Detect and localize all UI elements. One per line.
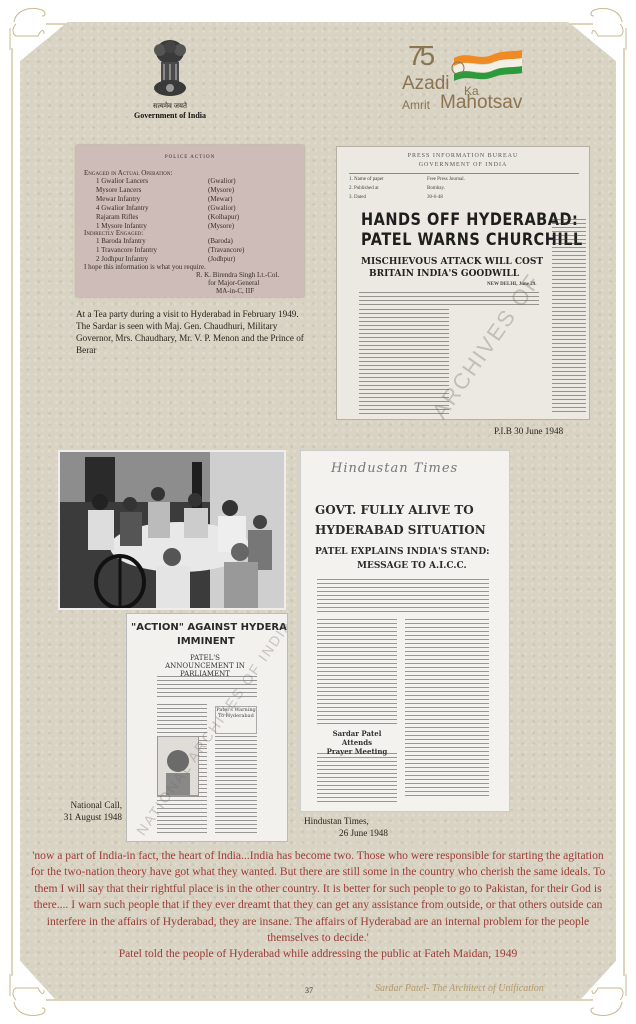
unit-state: (Kolhapur) [208, 213, 239, 221]
unit-state: (Mewar) [208, 195, 233, 203]
book-title: Sardar Patel- The Architect of Unificati… [375, 983, 544, 994]
unit-state: (Mysore) [208, 222, 234, 230]
quote-text: 'now a part of India-in fact, the heart … [28, 848, 608, 946]
pib-government: GOVERNMENT OF INDIA [337, 162, 589, 168]
azadi-ka-amrit-mahotsav-logo: 75 Azadi Ka Amrit Mahotsav [402, 40, 532, 115]
government-emblem: सत्यमेव जयते Government of India [130, 38, 210, 120]
unit-state: (Jodhpur) [208, 255, 235, 263]
doc-signature-1: R. K. Birendra Singh Lt.-Col. [196, 271, 279, 279]
doc-closing: I hope this information is what you requ… [84, 263, 206, 271]
unit-state: (Gwalior) [208, 177, 236, 185]
national-call-clipping: "ACTION" AGAINST HYDERABAD IMMINENT PATE… [126, 613, 288, 842]
flag-icon [444, 48, 524, 82]
ht-inset-line1: Sardar Patel Attends [317, 729, 397, 747]
group-photo-image [60, 452, 284, 608]
unit-name: 2 Jodhpur Infantry [96, 255, 148, 263]
emblem-label: Government of India [130, 111, 210, 120]
national-call-caption: National Call, 31 August 1948 [36, 799, 122, 823]
pib-meta-label: 1. Name of paper [349, 177, 384, 182]
tea-party-caption: At a Tea party during a visit to Hyderab… [76, 308, 312, 356]
ht-subhead-1: PATEL EXPLAINS INDIA'S STAND: [315, 547, 489, 557]
pib-clipping: PRESS INFORMATION BUREAU GOVERNMENT OF I… [336, 146, 590, 420]
pib-bureau: PRESS INFORMATION BUREAU [337, 153, 589, 159]
unit-name: 1 Travancore Infantry [96, 246, 157, 254]
hindustan-caption-line1: Hindustan Times, [304, 815, 388, 827]
ht-handwriting: Hindustan Times [331, 461, 458, 476]
pib-meta-value: 30-6-48 [427, 195, 443, 200]
pib-subhead-2: BRITAIN INDIA'S GOODWILL [369, 269, 519, 279]
ht-inset: Sardar Patel Attends Prayer Meeting [317, 729, 397, 756]
pib-meta-value: Free Press Journal. [427, 177, 465, 182]
ht-headline-2: HYDERABAD SITUATION [315, 523, 486, 537]
pib-headline-2: PATEL WARNS CHURCHILL [361, 231, 583, 249]
section-heading: Engaged in Actual Operation: [84, 169, 172, 177]
unit-state: (Travancore) [208, 246, 244, 254]
ht-headline-1: GOVT. FULLY ALIVE TO [315, 503, 474, 517]
ht-subhead-2: MESSAGE TO A.I.C.C. [357, 561, 467, 571]
emblem-motto: सत्यमेव जयते [130, 102, 210, 111]
hindustan-times-caption: Hindustan Times, 26 June 1948 [304, 815, 388, 839]
unit-name: 1 Gwalior Lancers [96, 177, 148, 185]
pib-subhead-1: MISCHIEVOUS ATTACK WILL COST [361, 257, 543, 267]
unit-name: 1 Baroda Infantry [96, 237, 146, 245]
national-call-caption-line2: 31 August 1948 [36, 811, 122, 823]
nc-headline-1: "ACTION" AGAINST HYDERABAD [131, 622, 288, 633]
pib-meta-label: 2. Published at [349, 186, 379, 191]
logo-number: 75 [408, 40, 431, 72]
logo-mahotsav: Mahotsav [440, 92, 522, 114]
hindustan-times-clipping: Hindustan Times GOVT. FULLY ALIVE TO HYD… [300, 450, 510, 812]
unit-name: Mewar Infantry [96, 195, 140, 203]
pib-caption: P.I.B 30 June 1948 [494, 425, 563, 437]
ashoka-emblem-icon [148, 38, 192, 100]
unit-name: Rajaram Rifles [96, 213, 138, 221]
doc-title: POLICE ACTION [76, 155, 304, 160]
unit-state: (Baroda) [208, 237, 233, 245]
police-action-document: POLICE ACTION Engaged in Actual Operatio… [76, 145, 304, 297]
pib-meta-value: Bombay. [427, 186, 445, 191]
nc-headline-2: IMMINENT [177, 636, 235, 647]
quote-attribution: Patel told the people of Hyderabad while… [28, 946, 608, 962]
tea-party-photo [58, 450, 286, 610]
pib-headline-1: HANDS OFF HYDERABAD: [361, 211, 578, 229]
unit-name: Mysore Lancers [96, 186, 141, 194]
doc-signature-3: MA-in-C, IIF [216, 287, 254, 295]
doc-signature-2: for Major-General [208, 279, 259, 287]
hindustan-caption-line2: 26 June 1948 [304, 827, 388, 839]
unit-state: (Mysore) [208, 186, 234, 194]
national-call-caption-line1: National Call, [36, 799, 122, 811]
section-heading: Indirectly Engaged: [84, 229, 143, 237]
logo-amrit: Amrit [402, 98, 430, 112]
unit-name: 4 Gwalior Infantry [96, 204, 148, 212]
pib-meta-label: 3. Dated [349, 195, 366, 200]
page-number: 37 [305, 986, 313, 995]
unit-state: (Gwalior) [208, 204, 236, 212]
patel-quote: 'now a part of India-in fact, the heart … [28, 848, 608, 963]
